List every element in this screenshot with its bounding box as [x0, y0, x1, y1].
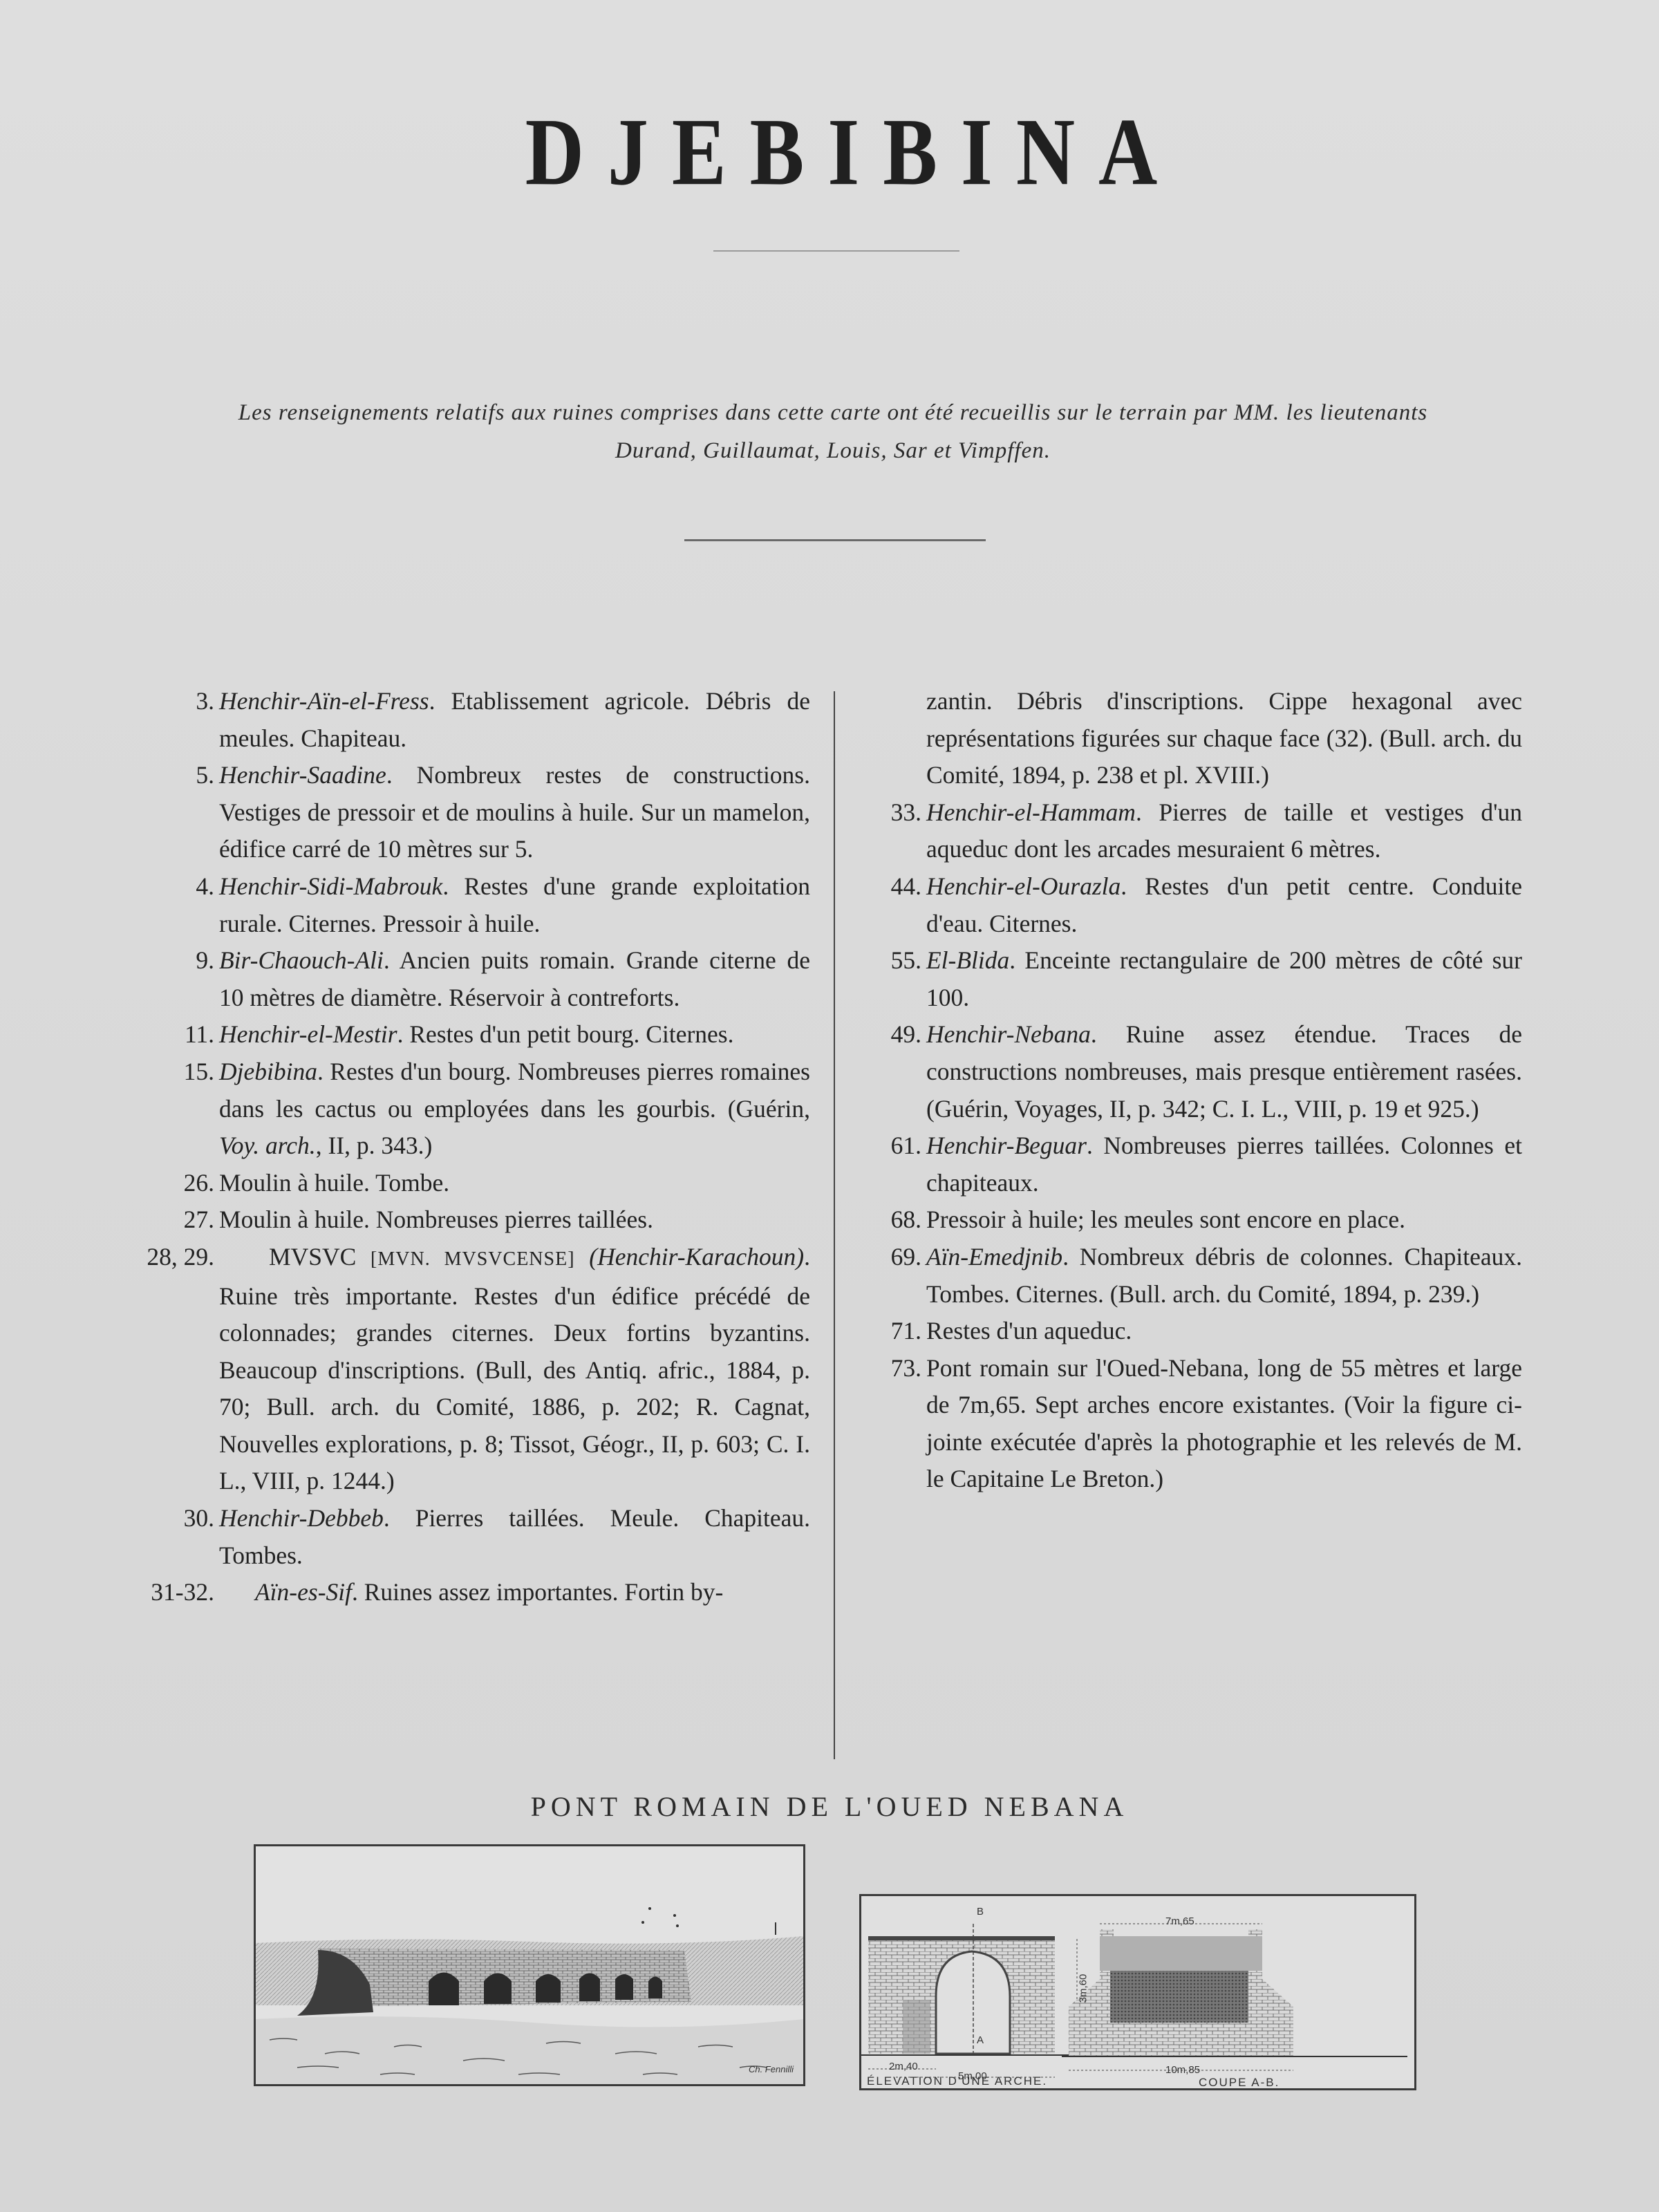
entry-text: Pont romain sur l'Oued-Nebana, long de 5…	[926, 1354, 1522, 1493]
intro-paragraph: Les renseignements relatifs aux ruines c…	[145, 394, 1521, 470]
entry-4: 4. Henchir-Sidi-Mabrouk. Restes d'une gr…	[160, 868, 810, 942]
site-name: Henchir-Aïn-el-Fress	[219, 687, 429, 715]
entry-number: 30.	[160, 1500, 214, 1537]
site-name: Henchir-el-Mestir	[219, 1020, 397, 1048]
dim-pier: 2m,40	[889, 2061, 918, 2072]
entry-number: 15.	[160, 1053, 214, 1091]
entry-27: 27. Moulin à huile. Nombreuses pierres t…	[160, 1201, 810, 1239]
reference-tail: , II, p. 343.)	[316, 1132, 433, 1159]
intro-line-2: Durand, Guillaumat, Louis, Sar et Vimpff…	[145, 432, 1521, 470]
entry-text: . Ruine très importante. Restes d'un édi…	[219, 1243, 810, 1495]
entry-9: 9. Bir-Chaouch-Ali. Ancien puits romain.…	[160, 942, 810, 1016]
entry-number: 11.	[160, 1016, 214, 1053]
inscription-full: [MVN. MVSVCENSE]	[371, 1248, 574, 1270]
entry-68: 68. Pressoir à huile; les meules sont en…	[868, 1201, 1522, 1239]
entry-number: 69.	[868, 1239, 921, 1276]
entry-31-32-continued: zantin. Débris d'inscriptions. Cippe hex…	[868, 683, 1522, 794]
entry-73: 73. Pont romain sur l'Oued-Nebana, long …	[868, 1350, 1522, 1498]
entry-text: . Restes d'un petit bourg. Citernes.	[397, 1020, 734, 1048]
entry-31-32: 31-32. Aïn-es-Sif. Ruines assez importan…	[160, 1574, 810, 1611]
entry-text: Pressoir à huile; les meules sont encore…	[926, 1206, 1405, 1233]
section-marker-a: A	[977, 2034, 984, 2046]
site-name: Bir-Chaouch-Ali	[219, 946, 384, 974]
intro-divider	[684, 539, 986, 541]
entry-text: Moulin à huile. Tombe.	[219, 1169, 449, 1197]
site-name: Henchir-Beguar	[926, 1132, 1087, 1159]
entry-number: 27.	[160, 1201, 214, 1239]
entry-number: 31-32.	[124, 1574, 214, 1611]
arch-elevation-and-section-icon	[861, 1896, 1414, 2088]
reference-title: Voy. arch.	[219, 1132, 316, 1159]
entry-number: 55.	[868, 942, 921, 980]
entry-5: 5. Henchir-Saadine. Nombreux restes de c…	[160, 757, 810, 868]
bridge-illustration: Ch. Fennilli	[254, 1844, 805, 2086]
page-title: DJEBIBINA	[0, 97, 1659, 207]
entries-right-column: zantin. Débris d'inscriptions. Cippe hex…	[868, 683, 1522, 1498]
entry-number: 49.	[868, 1016, 921, 1053]
entry-text: zantin. Débris d'inscriptions. Cippe hex…	[926, 687, 1522, 789]
entry-number: 28, 29.	[111, 1239, 214, 1276]
elevation-caption: ÉLEVATION D'UNE ARCHE.	[867, 2074, 1047, 2088]
entry-number: 68.	[868, 1201, 921, 1239]
entry-number: 73.	[868, 1350, 921, 1387]
entry-44: 44. Henchir-el-Ourazla. Restes d'un peti…	[868, 868, 1522, 942]
entry-number: 3.	[160, 683, 214, 720]
site-name: Henchir-el-Ourazla	[926, 872, 1121, 900]
entry-30: 30. Henchir-Debbeb. Pierres taillées. Me…	[160, 1500, 810, 1574]
site-name: Henchir-Debbeb	[219, 1504, 384, 1532]
entry-26: 26. Moulin à huile. Tombe.	[160, 1165, 810, 1202]
entry-text: . Ruines assez importantes. Fortin by-	[352, 1578, 723, 1606]
site-name: Aïn-es-Sif	[255, 1578, 352, 1606]
site-name: Henchir-Nebana	[926, 1020, 1091, 1048]
site-name: Henchir-el-Hammam	[926, 798, 1136, 826]
entry-number: 5.	[160, 757, 214, 794]
section-caption: COUPE A-B.	[1199, 2076, 1280, 2090]
site-name: Aïn-Emedjnib	[926, 1243, 1062, 1271]
dim-height: 3m,60	[1077, 1974, 1089, 2003]
entry-number: 44.	[868, 868, 921, 906]
dim-width-top: 7m,65	[1165, 1915, 1194, 1927]
artist-signature: Ch. Fennilli	[749, 2064, 794, 2074]
intro-line-1: Les renseignements relatifs aux ruines c…	[145, 394, 1521, 432]
site-name: Henchir-Saadine	[219, 761, 386, 789]
entry-number: 4.	[160, 868, 214, 906]
bridge-drawing-icon	[256, 1846, 803, 2084]
site-name: Djebibina	[219, 1058, 317, 1085]
entry-69: 69. Aïn-Emedjnib. Nombreux débris de col…	[868, 1239, 1522, 1313]
entry-49: 49. Henchir-Nebana. Ruine assez étendue.…	[868, 1016, 1522, 1127]
entry-33: 33. Henchir-el-Hammam. Pierres de taille…	[868, 794, 1522, 868]
entry-15: 15. Djebibina. Restes d'un bourg. Nombre…	[160, 1053, 810, 1165]
entry-11: 11. Henchir-el-Mestir. Restes d'un petit…	[160, 1016, 810, 1053]
title-divider	[713, 250, 959, 252]
entry-number: 61.	[868, 1127, 921, 1165]
entry-text: Restes d'un aqueduc.	[926, 1317, 1132, 1344]
entry-number: 9.	[160, 942, 214, 980]
bridge-plan-drawing: B A 7m,65 3m,60 2m,40 5m,00 10m,85 ÉLEVA…	[859, 1894, 1416, 2090]
entry-number: 71.	[868, 1313, 921, 1350]
site-name: El-Blida	[926, 946, 1009, 974]
entry-28-29: 28, 29. MVSVC [MVN. MVSVCENSE] (Henchir-…	[160, 1239, 810, 1500]
entry-number: 33.	[868, 794, 921, 832]
inscription-name: MVSVC	[269, 1243, 371, 1271]
section-marker-b: B	[977, 1906, 984, 1918]
site-name: (Henchir-Karachoun)	[575, 1243, 805, 1271]
figure-title: PONT ROMAIN DE L'OUED NEBANA	[0, 1790, 1659, 1823]
entry-55: 55. El-Blida. Enceinte rectangulaire de …	[868, 942, 1522, 1016]
dim-width-base: 10m,85	[1165, 2064, 1200, 2076]
column-separator	[834, 691, 835, 1759]
entry-text: . Enceinte rectangulaire de 200 mètres d…	[926, 946, 1522, 1011]
entry-text: Moulin à huile. Nombreuses pierres taill…	[219, 1206, 653, 1233]
entry-number: 26.	[160, 1165, 214, 1202]
entry-71: 71. Restes d'un aqueduc.	[868, 1313, 1522, 1350]
site-name: Henchir-Sidi-Mabrouk	[219, 872, 442, 900]
entry-3: 3. Henchir-Aïn-el-Fress. Etablissement a…	[160, 683, 810, 757]
entries-left-column: 3. Henchir-Aïn-el-Fress. Etablissement a…	[160, 683, 810, 1611]
entry-61: 61. Henchir-Beguar. Nombreuses pierres t…	[868, 1127, 1522, 1201]
